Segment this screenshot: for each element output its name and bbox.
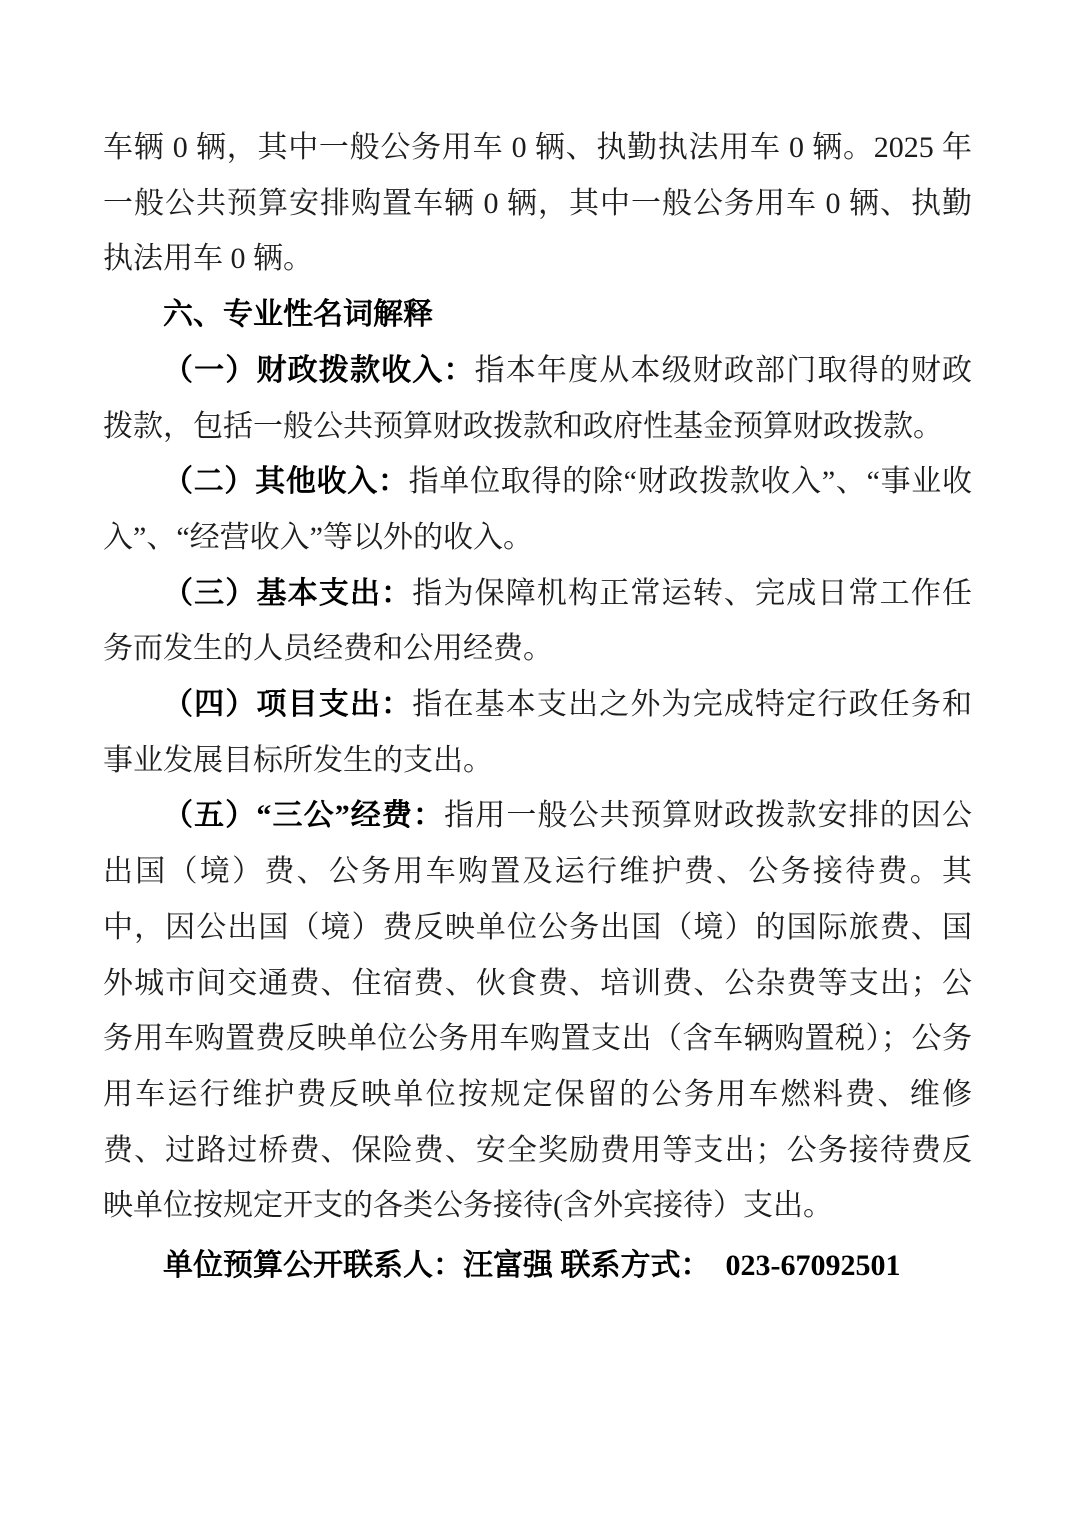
para-definition-basic-expenditure-run-0: （三）基本支出： bbox=[163, 577, 412, 610]
heading-section-six-run-0: 六、专业性名词解释 bbox=[163, 298, 433, 331]
para-definition-other-income-run-0: （二）其他收入： bbox=[163, 465, 409, 498]
para-definition-project-expenditure-run-0: （四）项目支出： bbox=[163, 688, 412, 721]
para-definition-other-income: （二）其他收入：指单位取得的除“财政拨款收入”、“事业收入”、“经营收入”等以外… bbox=[103, 454, 972, 565]
heading-section-six: 六、专业性名词解释 bbox=[103, 287, 972, 343]
para-budget-contact-run-0: 单位预算公开联系人：汪富强 联系方式： 023-67092501 bbox=[163, 1249, 901, 1282]
para-vehicle-continuation-run-0: 车辆 0 辆，其中一般公务用车 0 辆、执勤执法用车 0 辆。2025 年一般公… bbox=[103, 131, 972, 275]
para-definition-fiscal-appropriation-income: （一）财政拨款收入：指本年度从本级财政部门取得的财政拨款，包括一般公共预算财政拨… bbox=[103, 343, 972, 454]
para-definition-basic-expenditure: （三）基本支出：指为保障机构正常运转、完成日常工作任务而发生的人员经费和公用经费… bbox=[103, 566, 972, 677]
document-body: 车辆 0 辆，其中一般公务用车 0 辆、执勤执法用车 0 辆。2025 年一般公… bbox=[103, 120, 972, 1294]
para-vehicle-continuation: 车辆 0 辆，其中一般公务用车 0 辆、执勤执法用车 0 辆。2025 年一般公… bbox=[103, 120, 972, 287]
para-definition-three-public-funds-run-1: 指用一般公共预算财政拨款安排的因公出国（境）费、公务用车购置及运行维护费、公务接… bbox=[103, 799, 972, 1222]
para-definition-project-expenditure: （四）项目支出：指在基本支出之外为完成特定行政任务和事业发展目标所发生的支出。 bbox=[103, 677, 972, 788]
document-page: 车辆 0 辆，其中一般公务用车 0 辆、执勤执法用车 0 辆。2025 年一般公… bbox=[0, 0, 1074, 1520]
para-budget-contact: 单位预算公开联系人：汪富强 联系方式： 023-67092501 bbox=[103, 1238, 972, 1294]
para-definition-three-public-funds: （五）“三公”经费：指用一般公共预算财政拨款安排的因公出国（境）费、公务用车购置… bbox=[103, 788, 972, 1234]
para-definition-three-public-funds-run-0: （五）“三公”经费： bbox=[163, 799, 444, 832]
para-definition-fiscal-appropriation-income-run-0: （一）财政拨款收入： bbox=[163, 354, 475, 387]
